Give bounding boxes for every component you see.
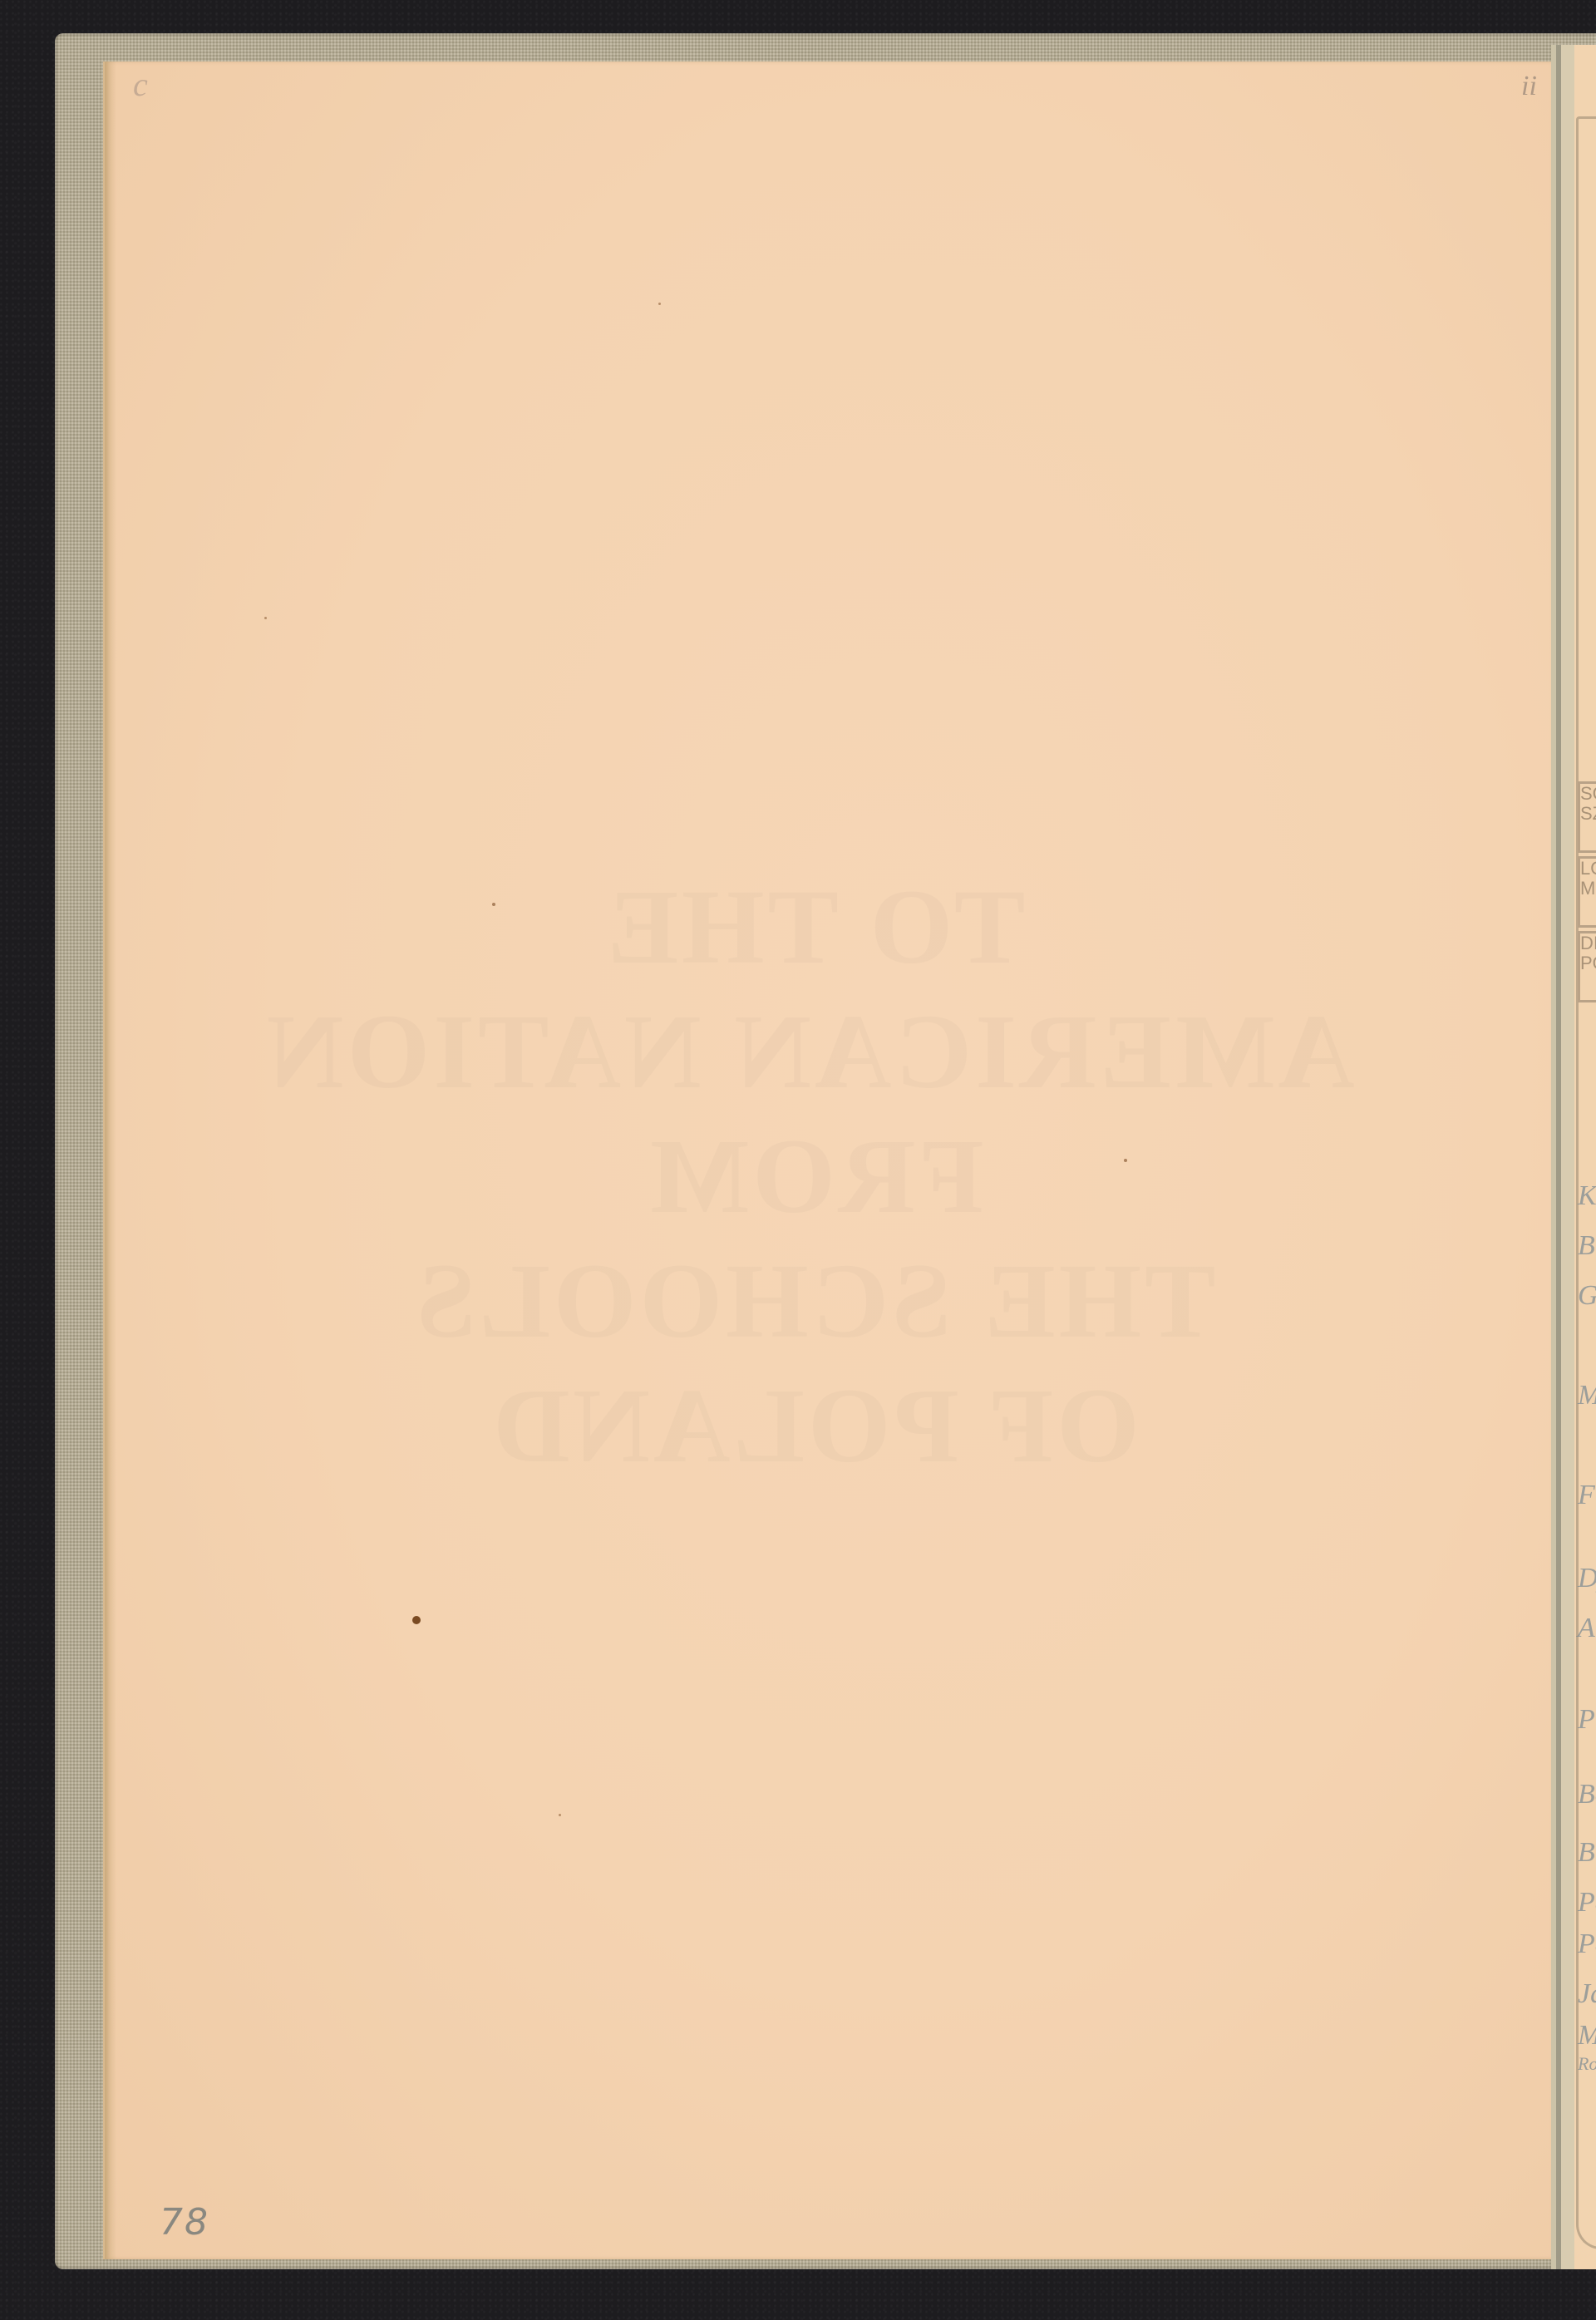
adjacent-signature: Rom <box>1578 2053 1596 2075</box>
adjacent-title-block: SC SZ <box>1578 781 1596 853</box>
adjacent-title-block: LO MI <box>1578 856 1596 928</box>
adjacent-signature: Mich <box>1578 2020 1596 2052</box>
foxing-spot <box>1124 1159 1127 1162</box>
adjacent-signature: P <box>1578 1704 1595 1736</box>
foxing-spot <box>492 903 495 906</box>
adjacent-signature: Bo <box>1578 1779 1596 1810</box>
adjacent-signature: Jan <box>1578 1978 1596 2010</box>
adjacent-signature: Dy <box>1578 1563 1596 1594</box>
adjacent-signature: Gab <box>1578 1280 1596 1312</box>
adjacent-signature: Bu <box>1578 1837 1596 1869</box>
adjacent-signature: A <box>1578 1613 1595 1644</box>
foxing-spot <box>658 303 661 305</box>
pencil-page-number: 78 <box>160 2201 209 2244</box>
corner-pencil-mark: c <box>133 65 224 115</box>
foxing-spot <box>559 1814 561 1816</box>
top-right-pencil-mark: ii <box>1521 71 1537 102</box>
adjacent-signature: Pan <box>1578 1887 1596 1919</box>
adjacent-signature: Bron <box>1578 1230 1596 1262</box>
adjacent-signature: Ka <box>1578 1180 1596 1212</box>
adjacent-signature: Pap <box>1578 1928 1596 1960</box>
foxing-spot <box>412 1616 421 1624</box>
foxing-spot <box>264 617 267 619</box>
endpaper-page <box>105 62 1551 2259</box>
adjacent-signature: M <box>1578 1380 1596 1411</box>
adjacent-signature: F <box>1578 1480 1595 1511</box>
adjacent-title-block: DI PO <box>1578 931 1596 1002</box>
